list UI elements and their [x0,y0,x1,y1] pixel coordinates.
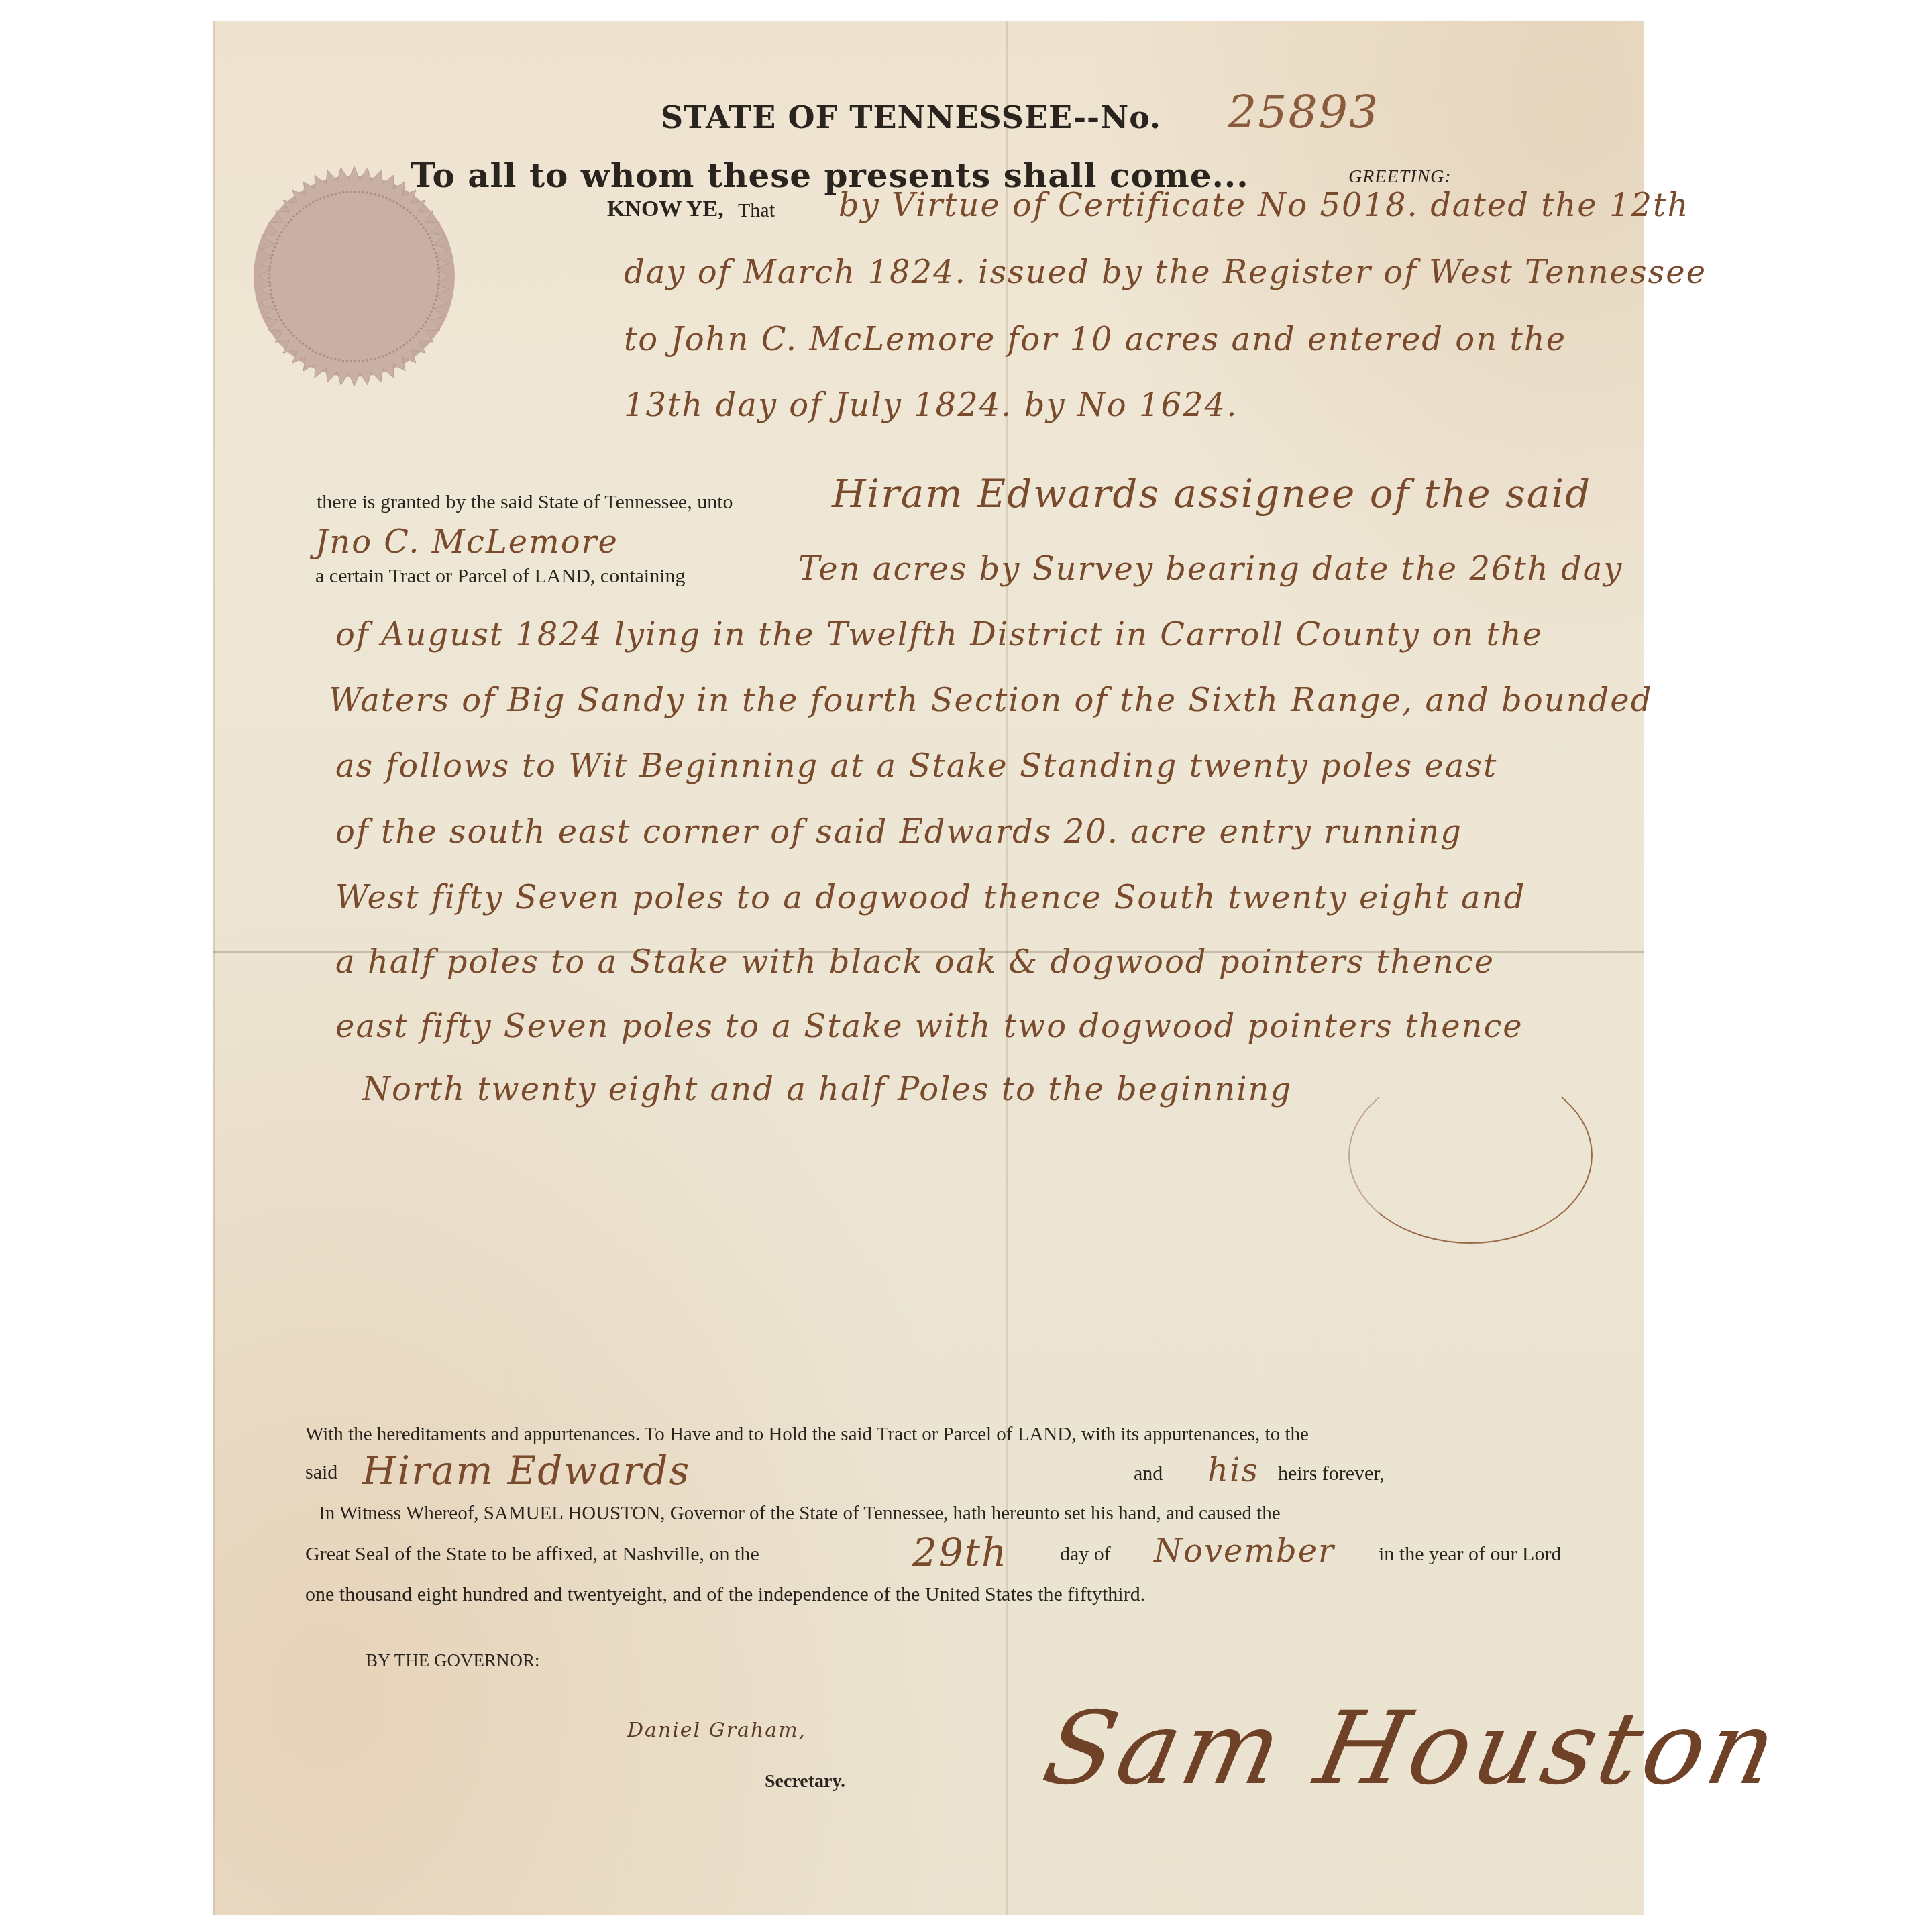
grant-intro: there is granted by the said State of Te… [317,491,733,514]
know-ye: KNOW YE, [607,197,724,222]
description-line-1: Ten acres by Survey bearing date the 26t… [798,550,1623,588]
witness-line-2-end: in the year of our Lord [1379,1543,1561,1566]
day-of: day of [1060,1543,1111,1566]
heirs-forever: heirs forever, [1278,1462,1385,1485]
witness-line-3: one thousand eight hundred and twentyeig… [305,1583,1145,1606]
and-word: and [1134,1462,1163,1485]
description-line-5: of the south east corner of said Edwards… [335,813,1462,851]
description-line-3: Waters of Big Sandy in the fourth Sectio… [329,682,1652,719]
document-title: STATE OF TENNESSEE--No. [661,99,1161,136]
description-line-9: North twenty eight and a half Poles to t… [362,1071,1292,1108]
description-line-8: east fifty Seven poles to a Stake with t… [335,1008,1523,1045]
description-line-7: a half poles to a Stake with black oak &… [335,943,1495,981]
seal-inner-ring [268,191,440,362]
governor-signature: Sam Houston [1034,1690,1790,1807]
that-word: That [738,199,775,222]
witness-day: 29th [912,1529,1008,1575]
state-seal [254,176,455,377]
recital-line-4: 13th day of July 1824. by No 1624. [624,386,1238,424]
grantee-line: Hiram Edwards assignee of the said [832,471,1591,517]
witness-month: November [1154,1532,1335,1570]
secretary-signature: Daniel Graham, [627,1719,806,1742]
tract-intro: a certain Tract or Parcel of LAND, conta… [315,565,686,588]
recital-line-3: to John C. McLemore for 10 acres and ent… [624,321,1566,358]
witness-line-1: In Witness Whereof, SAMUEL HOUSTON, Gove… [319,1503,1281,1525]
habendum-grantee: Hiram Edwards [362,1448,690,1493]
left-edge [213,21,215,1915]
recital-line-1: by Virtue of Certificate No 5018. dated … [839,186,1689,224]
description-line-2: of August 1824 lying in the Twelfth Dist… [335,616,1543,653]
assignor-name: Jno C. McLemore [315,523,619,561]
witness-line-2: Great Seal of the State to be affixed, a… [305,1543,759,1566]
pronoun-his: his [1207,1452,1259,1489]
grant-number: 25893 [1228,86,1379,139]
secretary-title: Secretary. [765,1771,845,1792]
habendum-line-1: With the hereditaments and appurtenances… [305,1424,1309,1446]
ink-flourish [1348,1067,1593,1244]
greeting: GREETING: [1348,166,1452,188]
recital-line-2: day of March 1824. issued by the Registe… [624,254,1707,291]
description-line-6: West fifty Seven poles to a dogwood then… [335,879,1525,916]
description-line-4: as follows to Wit Beginning at a Stake S… [335,747,1497,785]
said-word: said [305,1461,337,1484]
by-the-governor: BY THE GOVERNOR: [366,1650,540,1671]
